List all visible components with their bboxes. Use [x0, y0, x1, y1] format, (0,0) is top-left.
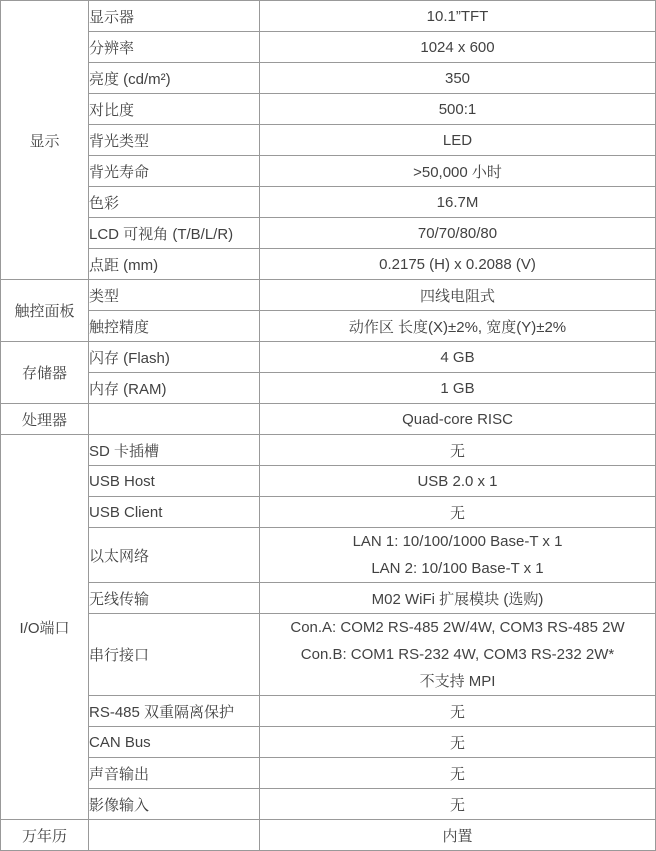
spec-value: 动作区 长度(X)±2%, 宽度(Y)±2%: [260, 311, 656, 342]
value-line: LAN 2: 10/100 Base-T x 1: [260, 555, 655, 582]
spec-value: 10.1”TFT: [260, 1, 656, 32]
category-calendar: 万年历: [1, 820, 89, 851]
spec-value: LAN 1: 10/100/1000 Base-T x 1 LAN 2: 10/…: [260, 528, 656, 583]
table-row: 显示 显示器 10.1”TFT: [1, 1, 656, 32]
spec-label: 以太网络: [89, 528, 260, 583]
category-memory: 存储器: [1, 342, 89, 404]
table-row: 处理器 Quad-core RISC: [1, 404, 656, 435]
spec-value: 500:1: [260, 94, 656, 125]
spec-label: USB Host: [89, 466, 260, 497]
spec-label: [89, 404, 260, 435]
table-row: 影像输入 无: [1, 789, 656, 820]
table-row: 内存 (RAM) 1 GB: [1, 373, 656, 404]
category-processor: 处理器: [1, 404, 89, 435]
spec-value: 无: [260, 497, 656, 528]
spec-value: 四线电阻式: [260, 280, 656, 311]
spec-label: 内存 (RAM): [89, 373, 260, 404]
table-row: 串行接口 Con.A: COM2 RS-485 2W/4W, COM3 RS-4…: [1, 614, 656, 696]
table-row: CAN Bus 无: [1, 727, 656, 758]
spec-label: 触控精度: [89, 311, 260, 342]
spec-label: LCD 可视角 (T/B/L/R): [89, 218, 260, 249]
table-row: 无线传输 M02 WiFi 扩展模块 (选购): [1, 583, 656, 614]
spec-value: 无: [260, 696, 656, 727]
spec-sheet-page: 显示 显示器 10.1”TFT 分辨率 1024 x 600 亮度 (cd/m²…: [0, 0, 656, 851]
spec-label: SD 卡插槽: [89, 435, 260, 466]
spec-label: 背光寿命: [89, 156, 260, 187]
table-row: 对比度 500:1: [1, 94, 656, 125]
spec-value: >50,000 小时: [260, 156, 656, 187]
value-line: Con.A: COM2 RS-485 2W/4W, COM3 RS-485 2W: [260, 614, 655, 641]
value-line: 不支持 MPI: [260, 668, 655, 695]
spec-label: 点距 (mm): [89, 249, 260, 280]
spec-label: 串行接口: [89, 614, 260, 696]
table-row: 存储器 闪存 (Flash) 4 GB: [1, 342, 656, 373]
spec-label: RS-485 双重隔离保护: [89, 696, 260, 727]
spec-label: [89, 820, 260, 851]
spec-label: 分辨率: [89, 32, 260, 63]
spec-value: 16.7M: [260, 187, 656, 218]
table-row: 点距 (mm) 0.2175 (H) x 0.2088 (V): [1, 249, 656, 280]
spec-value: LED: [260, 125, 656, 156]
table-row: USB Host USB 2.0 x 1: [1, 466, 656, 497]
table-row: 背光类型 LED: [1, 125, 656, 156]
spec-label: 闪存 (Flash): [89, 342, 260, 373]
spec-label: 色彩: [89, 187, 260, 218]
table-row: 以太网络 LAN 1: 10/100/1000 Base-T x 1 LAN 2…: [1, 528, 656, 583]
spec-value: 无: [260, 435, 656, 466]
table-row: LCD 可视角 (T/B/L/R) 70/70/80/80: [1, 218, 656, 249]
spec-table: 显示 显示器 10.1”TFT 分辨率 1024 x 600 亮度 (cd/m²…: [0, 0, 656, 851]
spec-value: 70/70/80/80: [260, 218, 656, 249]
spec-value: Con.A: COM2 RS-485 2W/4W, COM3 RS-485 2W…: [260, 614, 656, 696]
spec-value: USB 2.0 x 1: [260, 466, 656, 497]
table-row: 万年历 内置: [1, 820, 656, 851]
table-row: 背光寿命 >50,000 小时: [1, 156, 656, 187]
table-row: 声音输出 无: [1, 758, 656, 789]
spec-value: 1024 x 600: [260, 32, 656, 63]
spec-value: 无: [260, 789, 656, 820]
spec-value: 1 GB: [260, 373, 656, 404]
spec-value: Quad-core RISC: [260, 404, 656, 435]
table-row: I/O端口 SD 卡插槽 无: [1, 435, 656, 466]
table-row: 分辨率 1024 x 600: [1, 32, 656, 63]
spec-label: 对比度: [89, 94, 260, 125]
spec-label: 影像输入: [89, 789, 260, 820]
spec-label: 无线传输: [89, 583, 260, 614]
category-display: 显示: [1, 1, 89, 280]
spec-value: 0.2175 (H) x 0.2088 (V): [260, 249, 656, 280]
table-row: 触控面板 类型 四线电阻式: [1, 280, 656, 311]
spec-label: USB Client: [89, 497, 260, 528]
spec-value: M02 WiFi 扩展模块 (选购): [260, 583, 656, 614]
spec-label: 声音输出: [89, 758, 260, 789]
table-row: 色彩 16.7M: [1, 187, 656, 218]
value-line: Con.B: COM1 RS-232 4W, COM3 RS-232 2W*: [260, 641, 655, 668]
spec-label: 亮度 (cd/m²): [89, 63, 260, 94]
table-row: RS-485 双重隔离保护 无: [1, 696, 656, 727]
table-row: 触控精度 动作区 长度(X)±2%, 宽度(Y)±2%: [1, 311, 656, 342]
value-line: LAN 1: 10/100/1000 Base-T x 1: [260, 528, 655, 555]
spec-label: CAN Bus: [89, 727, 260, 758]
table-row: USB Client 无: [1, 497, 656, 528]
category-io-ports: I/O端口: [1, 435, 89, 820]
category-touch-panel: 触控面板: [1, 280, 89, 342]
table-row: 亮度 (cd/m²) 350: [1, 63, 656, 94]
spec-label: 显示器: [89, 1, 260, 32]
spec-value: 无: [260, 727, 656, 758]
spec-label: 类型: [89, 280, 260, 311]
spec-value: 无: [260, 758, 656, 789]
spec-value: 4 GB: [260, 342, 656, 373]
spec-value: 350: [260, 63, 656, 94]
spec-value: 内置: [260, 820, 656, 851]
spec-label: 背光类型: [89, 125, 260, 156]
